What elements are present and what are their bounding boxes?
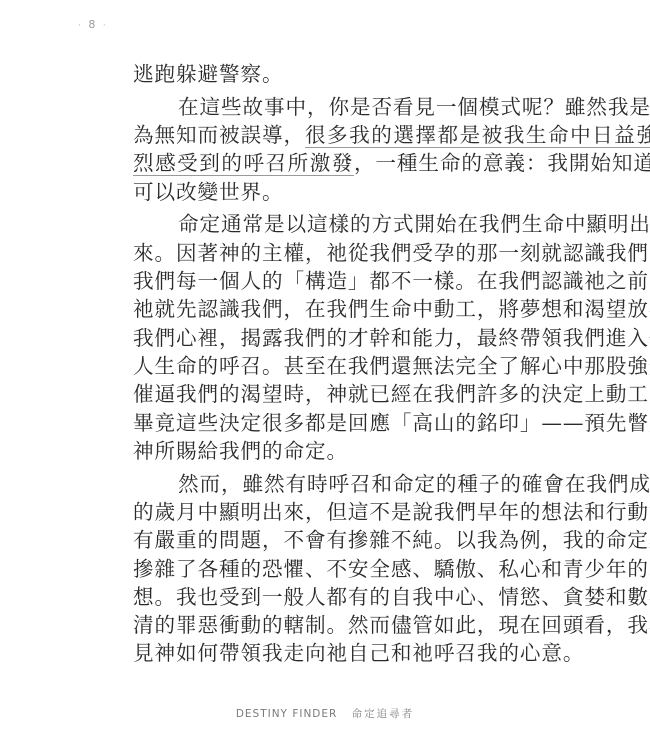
text-line: 在這些故事中，你是否看見一個模式呢？雖然我是因 — [133, 93, 515, 121]
text-line: 祂就先認識我們，在我們生命中動工，將夢想和渴望放在 — [133, 295, 515, 323]
text-line: 的歲月中顯明出來，但這不是說我們早年的想法和行動沒 — [133, 498, 515, 526]
paragraph: 命定通常是以這樣的方式開始在我們生命中顯明出 來。因著神的主權，祂從我們受孕的那… — [133, 210, 515, 465]
text-line: 見神如何帶領我走向祂自己和祂呼召我的心意。 — [133, 639, 515, 667]
text-line: 為無知而被誤導，很多我的選擇都是被我生命中日益強 — [133, 121, 515, 149]
text-line: 我們心裡，揭露我們的才幹和能力，最終帶領我們進入個 — [133, 324, 515, 352]
text-line: 人生命的呼召。甚至在我們還無法完全了解心中那股強烈 — [133, 352, 515, 380]
footer-title-zh: 命定追尋者 — [352, 708, 415, 720]
text-line: 有嚴重的問題，不會有摻雜不純。以我為例，我的命定感 — [133, 526, 515, 554]
body-text: 逃跑躲避警察。 在這些故事中，你是否看見一個模式呢？雖然我是因 為無知而被誤導，… — [133, 60, 515, 668]
text-segment: 為無知而被誤導， — [133, 123, 305, 147]
text-segment: ，一種生命的意義：我開始知道我 — [354, 151, 650, 175]
paragraph: 逃跑躲避警察。 — [133, 60, 515, 88]
footer-title-en: DESTINY FINDER — [236, 708, 338, 720]
text-line: 逃跑躲避警察。 — [133, 60, 515, 88]
emphasized-text: 很多我的選擇都是被我生命中日益強 — [305, 123, 650, 148]
text-line: 命定通常是以這樣的方式開始在我們生命中顯明出 — [133, 210, 515, 238]
text-line: 我們每一個人的「構造」都不一樣。在我們認識祂之前， — [133, 267, 515, 295]
text-line: 摻雜了各種的恐懼、不安全感、驕傲、私心和青少年的幻 — [133, 555, 515, 583]
text-line: 神所賜給我們的命定。 — [133, 437, 515, 465]
page-number-dot-left: · — [78, 21, 83, 31]
text-line: 來。因著神的主權，祂從我們受孕的那一刻就認識我們， — [133, 239, 515, 267]
page-number-value: 8 — [88, 18, 97, 31]
text-line: 然而，雖然有時呼召和命定的種子的確會在我們成長 — [133, 470, 515, 498]
text-line: 催逼我們的渴望時，神就已經在我們許多的決定上動工， — [133, 380, 515, 408]
text-line: 可以改變世界。 — [133, 178, 515, 206]
paragraph: 然而，雖然有時呼召和命定的種子的確會在我們成長 的歲月中顯明出來，但這不是說我們… — [133, 470, 515, 668]
page-number: · 8 · — [78, 18, 108, 31]
paragraph: 在這些故事中，你是否看見一個模式呢？雖然我是因 為無知而被誤導，很多我的選擇都是… — [133, 93, 515, 206]
text-line: 畢竟這些決定很多都是回應「高山的銘印」——預先瞥見 — [133, 409, 515, 437]
emphasized-text: 烈感受到的呼召所激發 — [133, 151, 354, 176]
text-line: 想。我也受到一般人都有的自我中心、情慾、貪婪和數不 — [133, 583, 515, 611]
text-line: 烈感受到的呼召所激發，一種生命的意義：我開始知道我 — [133, 149, 515, 177]
text-line: 清的罪惡衝動的轄制。然而儘管如此，現在回頭看，我看 — [133, 611, 515, 639]
page-number-dot-right: · — [103, 21, 108, 31]
running-footer: DESTINY FINDER 命定追尋者 — [0, 706, 650, 721]
